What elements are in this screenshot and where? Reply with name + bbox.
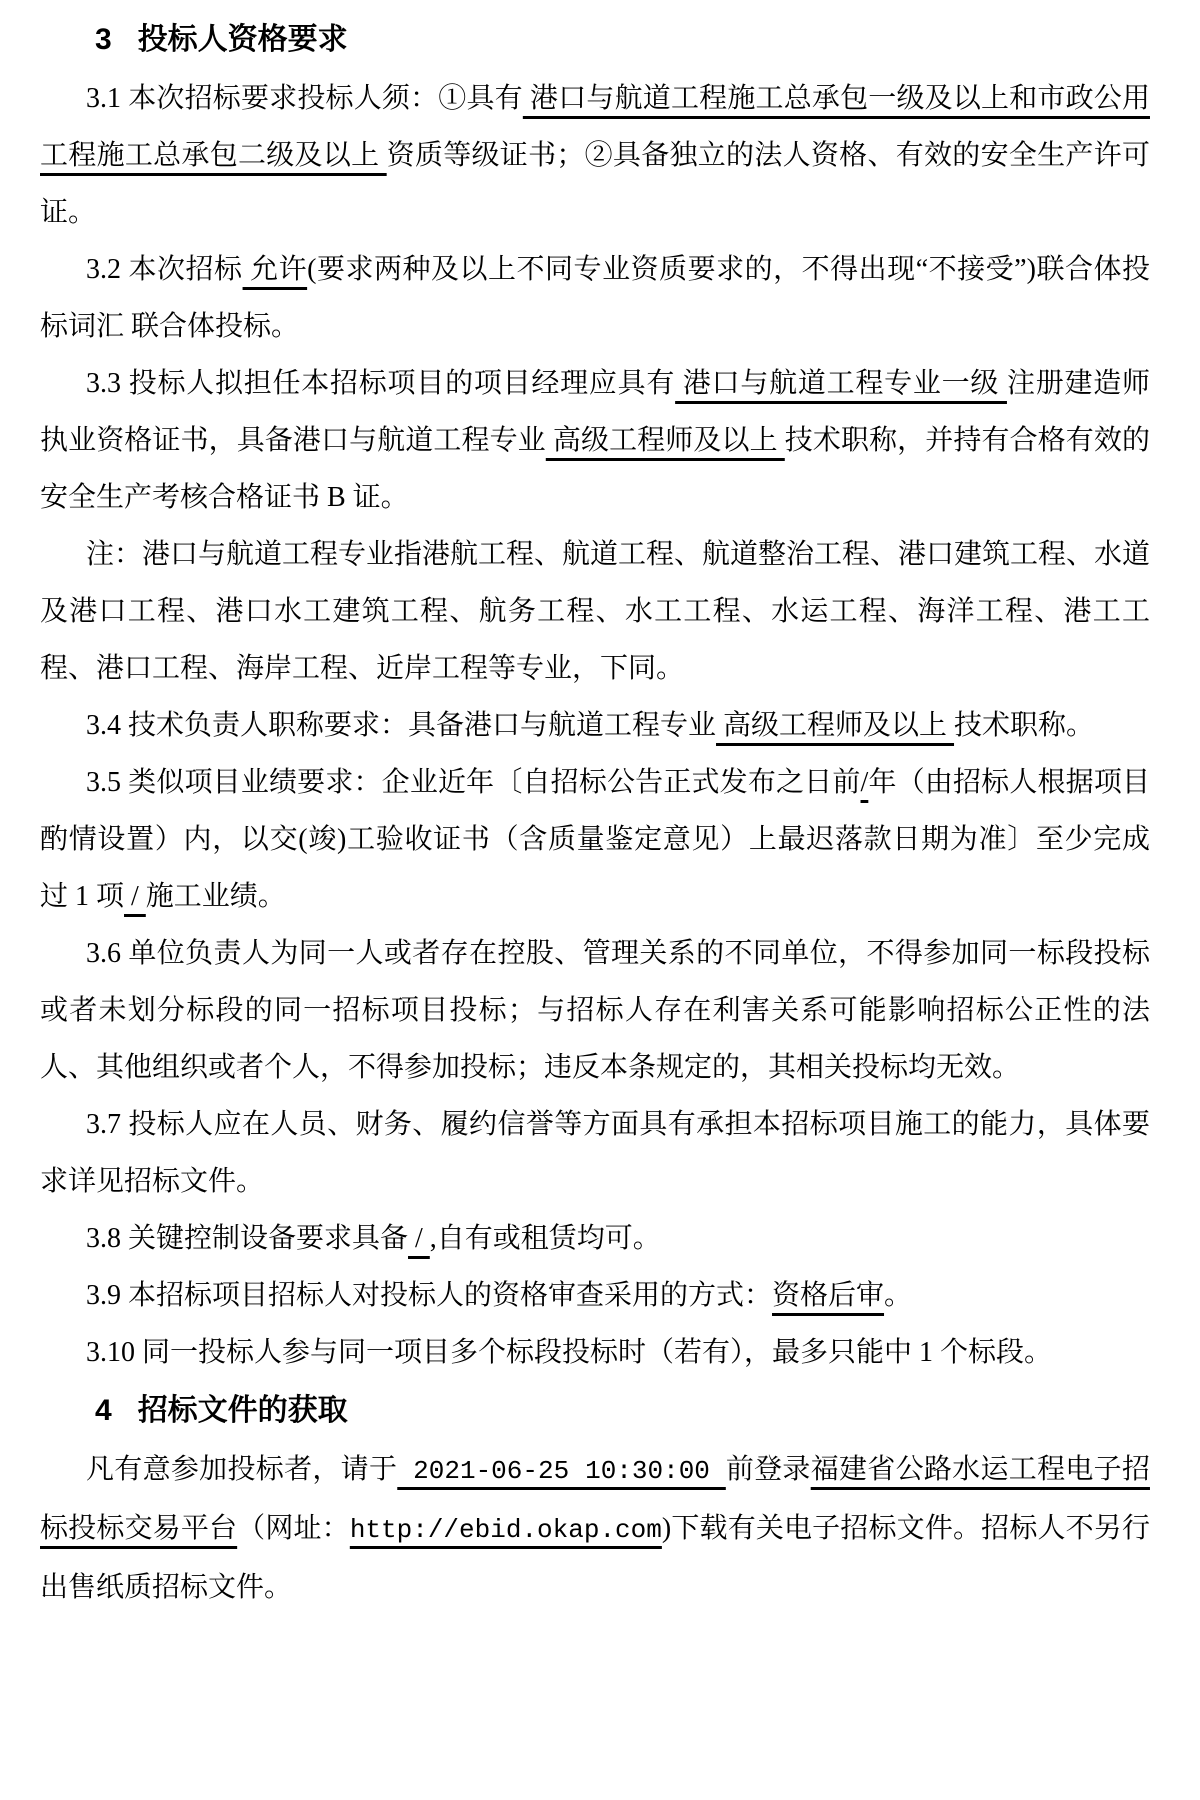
paragraph: 3.10 同一投标人参与同一项目多个标段投标时（若有），最多只能中 1 个标段。 [40, 1324, 1150, 1381]
filled-blank-field: 资格后审 [772, 1280, 884, 1311]
document-page: 3投标人资格要求3.1 本次招标要求投标人须：①具有 港口与航道工程施工总承包一… [0, 0, 1200, 1800]
filled-blank-field: 港口与航道工程专业一级 [675, 368, 1007, 399]
paragraph: 凡有意参加投标者，请于 2021-06-25 10:30:00 前登录福建省公路… [40, 1441, 1150, 1616]
text-run: 3.6 单位负责人为同一人或者存在控股、管理关系的不同单位，不得参加同一标段投标… [40, 938, 1150, 1083]
text-run: 前登录 [726, 1454, 811, 1485]
text-run: 3.8 关键控制设备要求具备 [86, 1223, 408, 1254]
text-run: 技术职称。 [954, 710, 1094, 741]
paragraph: 3.1 本次招标要求投标人须：①具有 港口与航道工程施工总承包一级及以上和市政公… [40, 70, 1150, 241]
heading-number: 3 [95, 23, 112, 56]
paragraph: 注：港口与航道工程专业指港航工程、航道工程、航道整治工程、港口建筑工程、水道及港… [40, 526, 1150, 697]
document-content: 3投标人资格要求3.1 本次招标要求投标人须：①具有 港口与航道工程施工总承包一… [40, 10, 1150, 1616]
heading-title: 招标文件的获取 [138, 1394, 348, 1427]
text-run: 。 [884, 1280, 912, 1311]
text-run: 3.9 本招标项目招标人对投标人的资格审查采用的方式： [86, 1280, 772, 1311]
paragraph: 3.5 类似项目业绩要求：企业近年〔自招标公告正式发布之日前/年（由招标人根据项… [40, 754, 1150, 925]
section-heading: 4招标文件的获取 [40, 1381, 1150, 1441]
filled-blank-field: 允许 [243, 254, 308, 285]
text-run: 3.4 技术负责人职称要求：具备港口与航道工程专业 [86, 710, 716, 741]
filled-blank-field: 2021-06-25 10:30:00 [397, 1456, 726, 1486]
text-run: 3.3 投标人拟担任本招标项目的项目经理应具有 [86, 368, 675, 399]
heading-title: 投标人资格要求 [138, 23, 348, 56]
paragraph: 3.2 本次招标 允许(要求两种及以上不同专业资质要求的，不得出现“不接受”)联… [40, 241, 1150, 355]
filled-blank-field: / [124, 881, 146, 912]
filled-blank-field: 高级工程师及以上 [716, 710, 954, 741]
text-run: （网址： [237, 1513, 350, 1544]
paragraph: 3.4 技术负责人职称要求：具备港口与航道工程专业 高级工程师及以上 技术职称。 [40, 697, 1150, 754]
text-run: 3.7 投标人应在人员、财务、履约信誉等方面具有承担本招标项目施工的能力，具体要… [40, 1109, 1150, 1197]
paragraph: 3.8 关键控制设备要求具备 / ,自有或租赁均可。 [40, 1210, 1150, 1267]
text-run: 3.1 本次招标要求投标人须：①具有 [86, 83, 523, 114]
paragraph: 3.6 单位负责人为同一人或者存在控股、管理关系的不同单位，不得参加同一标段投标… [40, 925, 1150, 1096]
section-heading: 3投标人资格要求 [40, 10, 1150, 70]
text-run: 3.2 本次招标 [86, 254, 243, 285]
text-run: 3.10 同一投标人参与同一项目多个标段投标时（若有），最多只能中 1 个标段。 [86, 1337, 1052, 1368]
text-run: 注：港口与航道工程专业指港航工程、航道工程、航道整治工程、港口建筑工程、水道及港… [40, 539, 1150, 684]
text-run: 施工业绩。 [146, 881, 286, 912]
filled-blank-field: 高级工程师及以上 [546, 425, 785, 456]
paragraph: 3.3 投标人拟担任本招标项目的项目经理应具有 港口与航道工程专业一级 注册建造… [40, 355, 1150, 526]
heading-number: 4 [95, 1394, 112, 1427]
text-run: 3.5 类似项目业绩要求：企业近年〔自招标公告正式发布之日前 [86, 767, 861, 798]
paragraph: 3.9 本招标项目招标人对投标人的资格审查采用的方式：资格后审。 [40, 1267, 1150, 1324]
filled-blank-field: / [408, 1223, 430, 1254]
paragraph: 3.7 投标人应在人员、财务、履约信誉等方面具有承担本招标项目施工的能力，具体要… [40, 1096, 1150, 1210]
text-run: ,自有或租赁均可。 [430, 1223, 661, 1254]
text-run: 凡有意参加投标者，请于 [86, 1454, 397, 1485]
filled-blank-field: http://ebid.okap.com [350, 1515, 662, 1545]
